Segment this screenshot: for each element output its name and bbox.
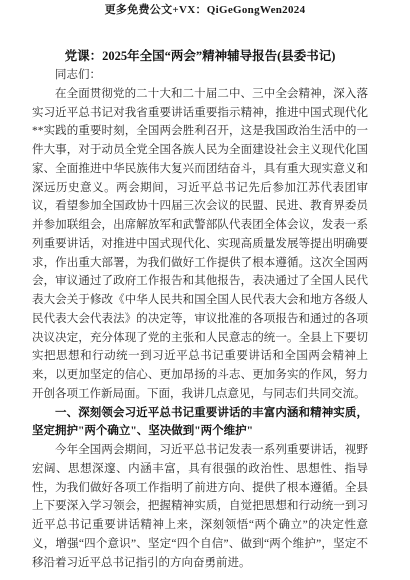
paragraph-section-1: 今年全国两会期间，习近平总书记发表一系列重要讲话，视野宏阔、思想深邃、内涵丰富，… [32, 441, 368, 572]
document-title: 党课：2025年全国“两会”精神辅导报告(县委书记) [32, 47, 368, 66]
section-heading-1: 一、深刻领会习近平总书记重要讲话的丰富内涵和精神实质，坚定拥护"两个确立"、坚决… [32, 404, 368, 442]
watermark-header: 更多免费公文+VX：QiGeGongWen2024 [0, 1, 410, 17]
document-body: 党课：2025年全国“两会”精神辅导报告(县委书记) 同志们： 在全面贯彻党的二… [32, 47, 368, 572]
document-page: 更多免费公文+VX：QiGeGongWen2024 党课：2025年全国“两会”… [0, 0, 410, 580]
paragraph-intro: 在全面贯彻党的二十大和二十届二中、三中全会精神，深入落实习近平总书记对我省重要讲… [32, 85, 368, 404]
salutation: 同志们： [32, 66, 368, 85]
